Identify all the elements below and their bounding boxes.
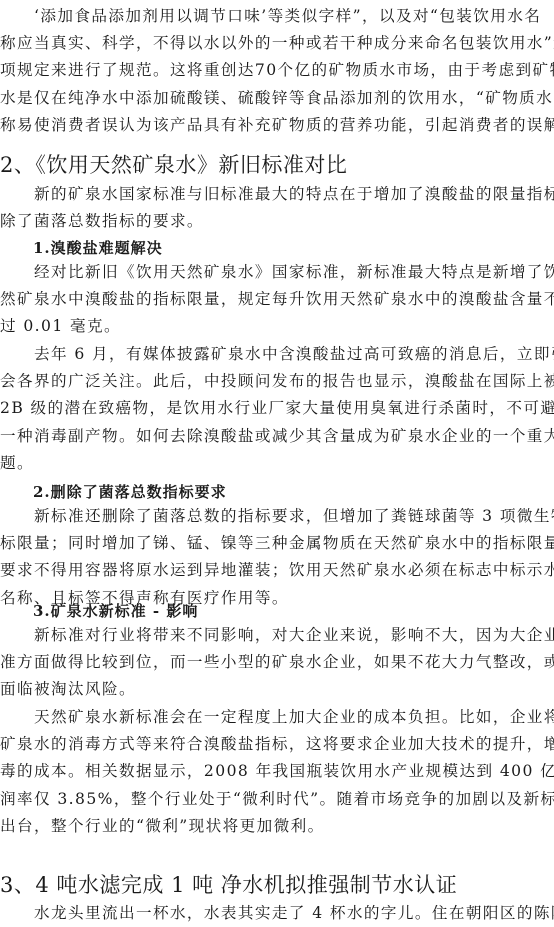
- text-line: 毒的成本。相关数据显示，2008 年我国瓶装饮用水产业规模达到 400 亿元，利: [0, 758, 554, 785]
- text-line: 天然矿泉水新标准会在一定程度上加大企业的成本负担。比如，企业将改进: [0, 704, 554, 731]
- text-line: 矿泉水的消毒方式等来符合溴酸盐指标，这将要求企业加大技术的提升，增加消: [0, 731, 554, 758]
- text-line: 然矿泉水中溴酸盐的指标限量，规定每升饮用天然矿泉水中的溴酸盐含量不得超: [0, 286, 554, 313]
- text-line: 过 0.01 毫克。: [0, 313, 554, 340]
- text-line: 称应当真实、科学，不得以水以外的一种或若干种成分来命名包装饮用水”这两: [0, 30, 554, 57]
- text-line: 出台，整个行业的“微利”现状将更加微利。: [0, 813, 554, 840]
- text-line: ‘添加食品添加剂用以调节口味’等类似字样”，以及对“包装饮用水名: [0, 3, 554, 30]
- section-3-paragraph: 水龙头里流出一杯水，水表其实走了 4 杯水的字儿。住在朝阳区的陈阿姨没: [0, 900, 554, 927]
- section-2-heading: 2、《饮用天然矿泉水》新旧标准对比: [0, 150, 347, 180]
- text-line: 准方面做得比较到位，而一些小型的矿泉水企业，如果不花大力气整改，或许将: [0, 649, 554, 676]
- text-line: 经对比新旧《饮用天然矿泉水》国家标准，新标准最大特点是新增了饮用天: [0, 259, 554, 286]
- text-line: 面临被淘汰风险。: [0, 676, 554, 703]
- subsection-2-paragraph: 新标准还删除了菌落总数的指标要求，但增加了粪链球菌等 3 项微生物的指 标限量；…: [0, 503, 554, 612]
- subsection-2-heading: 2.删除了菌落总数指标要求: [33, 480, 227, 504]
- text-line: 新标准对行业将带来不同影响，对大企业来说，影响不大，因为大企业在标: [0, 622, 554, 649]
- text-line: 标限量；同时增加了锑、锰、镍等三种金属物质在天然矿泉水中的指标限量；并: [0, 530, 554, 557]
- subsection-1-heading: 1.溴酸盐难题解决: [33, 236, 163, 260]
- text-line: 题。: [0, 450, 554, 477]
- text-line: 润率仅 3.85%，整个行业处于“微利时代”。随着市场竞争的加剧以及新标准的: [0, 786, 554, 813]
- text-line: 要求不得用容器将原水运到异地灌装；饮用天然矿泉水必须在标志中标示水源点: [0, 557, 554, 584]
- text-line: 一种消毒副产物。如何去除溴酸盐或减少其含量成为矿泉水企业的一个重大难: [0, 423, 554, 450]
- text-line: 称易使消费者误认为该产品具有补充矿物质的营养功能，引起消费者的误解。: [0, 112, 554, 139]
- section-3-heading: 3、4 吨水滤完成 1 吨 净水机拟推强制节水认证: [0, 870, 457, 900]
- subsection-1-paragraph-1: 经对比新旧《饮用天然矿泉水》国家标准，新标准最大特点是新增了饮用天 然矿泉水中溴…: [0, 259, 554, 341]
- subsection-3-paragraph-2: 天然矿泉水新标准会在一定程度上加大企业的成本负担。比如，企业将改进 矿泉水的消毒…: [0, 704, 554, 840]
- text-line: 除了菌落总数指标的要求。: [0, 208, 554, 235]
- text-line: 2B 级的潜在致癌物，是饮用水行业厂家大量使用臭氧进行杀菌时，不可避免的: [0, 395, 554, 422]
- intro-paragraph: ‘添加食品添加剂用以调节口味’等类似字样”，以及对“包装饮用水名 称应当真实、科…: [0, 3, 554, 139]
- text-line: 新的矿泉水国家标准与旧标准最大的特点在于增加了溴酸盐的限量指标、删: [0, 181, 554, 208]
- text-line: 新标准还删除了菌落总数的指标要求，但增加了粪链球菌等 3 项微生物的指: [0, 503, 554, 530]
- subsection-3-paragraph-1: 新标准对行业将带来不同影响，对大企业来说，影响不大，因为大企业在标 准方面做得比…: [0, 622, 554, 704]
- subsection-1-paragraph-2: 去年 6 月，有媒体披露矿泉水中含溴酸盐过高可致癌的消息后，立即引起社 会各界的…: [0, 341, 554, 477]
- section-2-intro: 新的矿泉水国家标准与旧标准最大的特点在于增加了溴酸盐的限量指标、删 除了菌落总数…: [0, 181, 554, 235]
- text-line: 水是仅在纯净水中添加硫酸镁、硫酸锌等食品添加剂的饮用水，“矿物质水”名: [0, 85, 554, 112]
- text-line: 去年 6 月，有媒体披露矿泉水中含溴酸盐过高可致癌的消息后，立即引起社: [0, 341, 554, 368]
- text-line: 项规定来进行了规范。这将重创达70个亿的矿物质水市场，由于考虑到矿物质: [0, 57, 554, 84]
- text-line: 水龙头里流出一杯水，水表其实走了 4 杯水的字儿。住在朝阳区的陈阿姨没: [0, 900, 554, 927]
- subsection-3-heading: 3.矿泉水新标准 - 影响: [33, 599, 198, 623]
- text-line: 会各界的广泛关注。此后，中投顾问发布的报告也显示，溴酸盐在国际上被定为: [0, 368, 554, 395]
